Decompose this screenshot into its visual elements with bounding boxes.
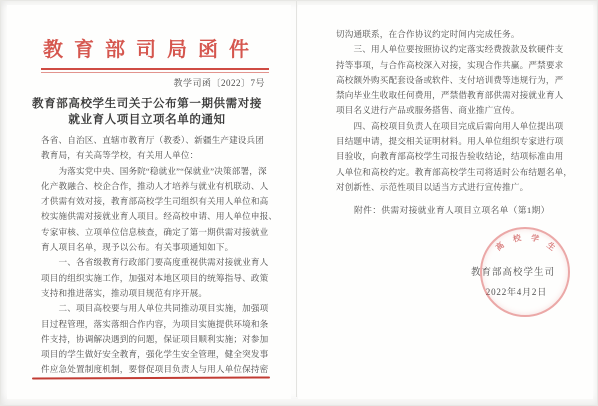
body-line: 一、各省级教育行政部门要高度重视供需对接就业育人 [41, 255, 269, 270]
page1-body: 各省、自治区、直辖市教育厅（教委）、新疆生产建设兵团 教育局，有关高等学校，有关… [41, 133, 269, 378]
letterhead-rule [41, 68, 269, 73]
body-line: 目验收，向教育部高校学生司报告验收结论，结项标准由用 [336, 149, 565, 164]
notice-title-line1: 教育部高校学生司关于公布第一期供需对接 [7, 95, 287, 111]
body-line: 切沟通联系，在合作协议约定时间内完成任务。 [336, 27, 565, 42]
body-line: 目过程管理，落实落细合作内容，为项目实施提供环境和条 [41, 317, 269, 332]
notice-title-line2: 就业育人项目立项名单的通知 [7, 111, 287, 127]
seal-character: 生 [544, 240, 557, 254]
body-line: 件支持，协调解决遇到的问题，保证项目顺利实施；对参加 [41, 332, 269, 347]
body-line: 四、高校项目负责人在项目完成后需向用人单位提出项 [336, 119, 565, 134]
seal-character: 学 [530, 232, 540, 244]
body-line: 支持和推进落实，推动项目规范有序开展。 [41, 286, 269, 301]
body-line: 人单位和高校约定。教育部高校学生司将适时公布结题名单， [336, 165, 565, 180]
seal-character: 校 [512, 232, 522, 245]
seal-character: 高 [493, 240, 506, 254]
body-line: 校实施供需对接就业育人项目。经高校申请、用人单位申报、 [41, 209, 269, 224]
body-line: 持等事项，与合作高校深入对接，实现合作共赢。严禁要求 [336, 58, 565, 73]
body-line: 项目的学生做好安全教育，强化学生安全管理，健全突发事 [41, 347, 269, 362]
body-line: 才供需有效对接，教育部高校学生司组织有关用人单位和高 [41, 194, 269, 209]
body-line: 为落实党中央、国务院“稳就业”“保就业”决策部署，深 [41, 164, 269, 179]
body-line: 项目名义进行产品或服务搭售、商业推广宣传。 [336, 103, 565, 118]
body-line: 目结题申请，提交相关证明材料。用人单位组织专家进行项 [336, 134, 565, 149]
body-line: 对创新性、示范性项目以适当方式进行宣传推广。 [336, 180, 565, 195]
official-seal-stamp: 高 校 学 生 [480, 227, 570, 317]
document-number: 教学司函〔2022〕7号 [7, 76, 265, 89]
body-line: 禁向毕业生收取任何费用，严禁借教育部供需对接就业育人 [336, 88, 565, 103]
letter-page-1: 教育部司局函件 教学司函〔2022〕7号 教育部高校学生司关于公布第一期供需对接… [7, 5, 291, 399]
page-divider [296, 1, 297, 397]
body-line: 高校额外购买配套设备或软件、支付培训费等违规行为，严 [336, 73, 565, 88]
scanned-official-letter: 教育部司局函件 教学司函〔2022〕7号 教育部高校学生司关于公布第一期供需对接… [0, 0, 598, 406]
body-line: 二、项目高校要与用人单位共同推动项目实施，加强项 [41, 301, 269, 316]
body-line: 各省、自治区、直辖市教育厅（教委）、新疆生产建设兵团 [41, 133, 269, 148]
body-line: 专家审核、立项单位信息核查，确定了第一期供需对接就业 [41, 225, 269, 240]
body-line: 育人项目名单，现予以公布。有关事项通知如下。 [41, 240, 269, 255]
red-annotation-underline [32, 376, 270, 379]
body-line: 项目的组织实施工作，加强对本地区项目的统筹指导、政策 [41, 271, 269, 286]
body-line: 件应急处置制度机制，要督促项目负责人与用人单位保持密 [41, 362, 269, 377]
page2-body: 切沟通联系，在合作协议约定时间内完成任务。 三、用人单位要按照协议约定落实经费拨… [336, 27, 565, 195]
letterhead-title: 教育部司局函件 [7, 33, 285, 62]
attachment-line: 附件：供需对接就业育人项目立项名单（第1期） [354, 203, 573, 216]
body-line: 三、用人单位要按照协议约定落实经费拨款及软硬件支 [336, 42, 565, 57]
letter-page-2: 切沟通联系，在合作协议约定时间内完成任务。 三、用人单位要按照协议约定落实经费拨… [298, 5, 593, 399]
body-line: 教育局，有关高等学校，有关用人单位： [41, 148, 269, 163]
body-line: 化产教融合、校企合作，推动人才培养与就业有机联动、人 [41, 179, 269, 194]
